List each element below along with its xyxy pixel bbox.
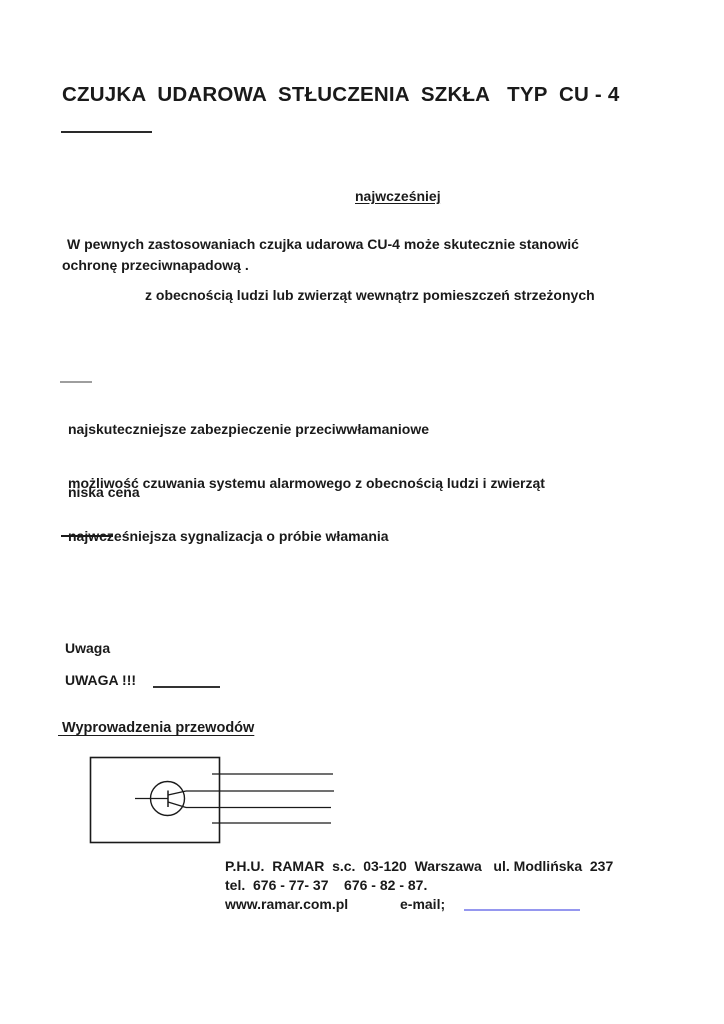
price-underline-rule: [61, 535, 113, 537]
footer-company-address: P.H.U. RAMAR s.c. 03-120 Warszawa ul. Mo…: [225, 858, 613, 874]
document-page: CZUJKA UDAROWA STŁUCZENIA SZKŁA TYP CU -…: [0, 0, 724, 1024]
feature-item: najskuteczniejsze zabezpieczenie przeciw…: [68, 421, 545, 439]
warning-blank-rule: [153, 686, 220, 688]
wiring-heading: Wyprowadzenia przewodów: [58, 720, 254, 736]
feature-item: najwcześniejsza sygnalizacja o próbie wł…: [68, 528, 545, 546]
wiring-diagram: [85, 750, 345, 850]
footer-website-url: www.ramar.com.pl: [225, 896, 348, 912]
footer-contact-block: P.H.U. RAMAR s.c. 03-120 Warszawa ul. Mo…: [225, 858, 685, 918]
warning-label: UWAGA !!!: [65, 672, 136, 688]
footer-phone-numbers: tel. 676 - 77- 37 676 - 82 - 87.: [225, 877, 427, 893]
note-label: Uwaga: [65, 640, 110, 656]
usage-note: z obecnością ludzi lub zwierząt wewnątrz…: [145, 287, 595, 303]
sensor-housing-outline: [91, 758, 220, 843]
title-underline-rule: [61, 131, 152, 133]
intro-paragraph: W pewnych zastosowaniach czujka udarowa …: [62, 234, 614, 275]
features-top-rule: [60, 381, 92, 383]
footer-email-link-underline[interactable]: [464, 909, 580, 911]
page-title: CZUJKA UDAROWA STŁUCZENIA SZKŁA TYP CU -…: [62, 83, 619, 107]
price-feature: niska cena: [68, 484, 140, 500]
lead-keyword: najwcześniej: [355, 188, 441, 204]
footer-email-label: e-mail;: [400, 896, 449, 912]
